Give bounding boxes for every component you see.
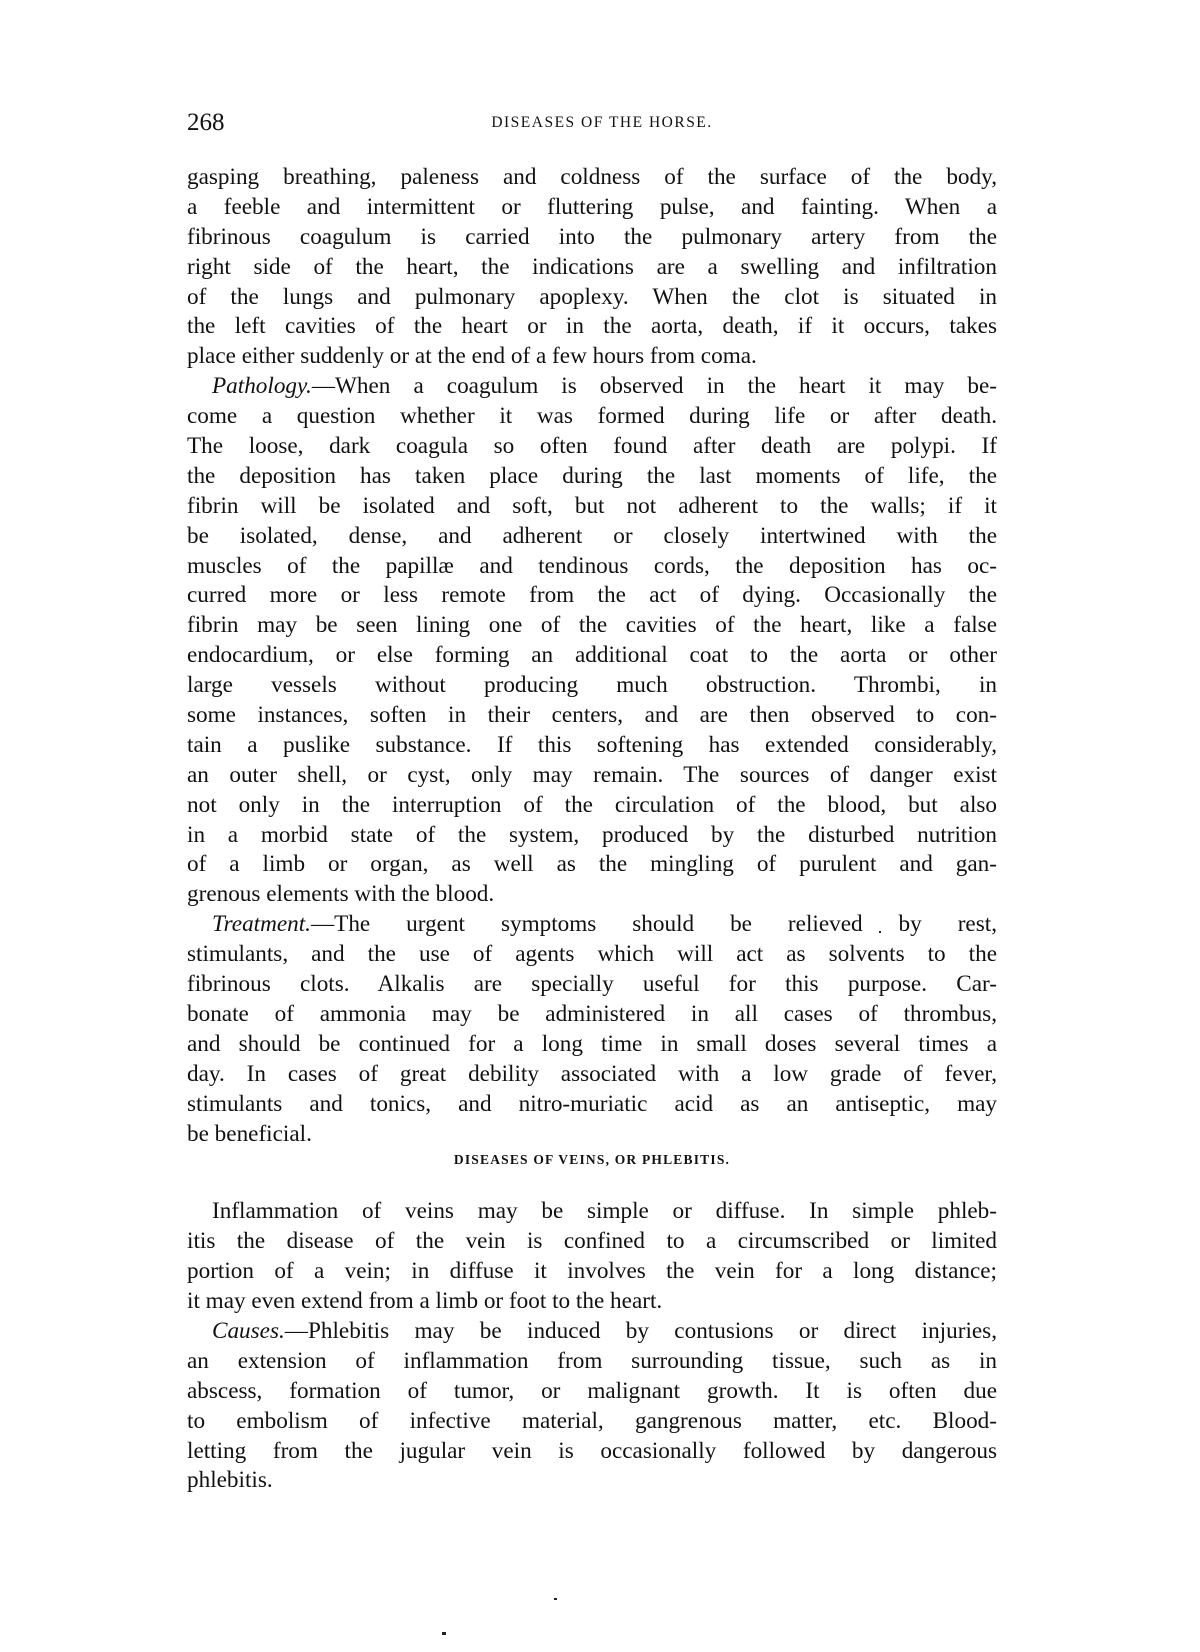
text-line: itis the disease of the vein is confined… <box>187 1227 997 1257</box>
text-line: the left cavities of the heart or in the… <box>187 312 997 342</box>
text-line: abscess, formation of tumor, or malignan… <box>187 1377 997 1407</box>
paragraph-treatment: Treatment.—The urgent symptoms should be… <box>187 910 997 1149</box>
text-line: tain a puslike substance. If this soften… <box>187 731 997 761</box>
text-line: letting from the jugular vein is occasio… <box>187 1437 997 1467</box>
run-in-heading-causes: Causes. <box>212 1318 285 1344</box>
text-line: endocardium, or else forming an addition… <box>187 641 997 671</box>
text-line: the deposition has taken place during th… <box>187 462 997 492</box>
text-line: Causes.—Phlebitis may be induced by cont… <box>187 1317 997 1347</box>
text-line: an extension of inflammation from surrou… <box>187 1347 997 1377</box>
text-line: of a limb or organ, as well as the mingl… <box>187 850 997 880</box>
text-line: not only in the interruption of the circ… <box>187 791 997 821</box>
text-line: fibrinous clots. Alkalis are specially u… <box>187 970 997 1000</box>
text-line: curred more or less remote from the act … <box>187 581 997 611</box>
text-line: grenous elements with the blood. <box>187 880 997 910</box>
paragraph-causes: Causes.—Phlebitis may be induced by cont… <box>187 1317 997 1496</box>
text-line: portion of a vein; in diffuse it involve… <box>187 1257 997 1287</box>
scan-speck <box>879 931 881 933</box>
scan-speck <box>442 1632 446 1635</box>
text-line: be isolated, dense, and adherent or clos… <box>187 522 997 552</box>
text-line: The loose, dark coagula so often found a… <box>187 432 997 462</box>
text-line: stimulants, and the use of agents which … <box>187 940 997 970</box>
text-line: place either suddenly or at the end of a… <box>187 342 997 372</box>
text-line: of the lungs and pulmonary apoplexy. Whe… <box>187 283 997 313</box>
text-fragment: —The urgent symptoms should be relieved … <box>311 911 997 937</box>
text-line: Pathology.—When a coagulum is observed i… <box>187 372 997 402</box>
run-in-heading-treatment: Treatment. <box>212 911 311 937</box>
paragraph-phlebitis-intro: Inflammation of veins may be simple or d… <box>187 1197 997 1317</box>
text-line: be beneficial. <box>187 1120 997 1150</box>
paragraph-symptoms-continued: gasping breathing, paleness and coldness… <box>187 163 997 372</box>
text-line: day. In cases of great debility associat… <box>187 1060 997 1090</box>
text-fragment: —Phlebitis may be induced by contusions … <box>285 1318 997 1344</box>
text-line: muscles of the papillæ and tendinous cor… <box>187 552 997 582</box>
text-line: fibrinous coagulum is carried into the p… <box>187 223 997 253</box>
scan-speck <box>554 1598 557 1600</box>
run-in-heading-pathology: Pathology. <box>212 373 312 399</box>
text-line: fibrin will be isolated and soft, but no… <box>187 492 997 522</box>
text-line: it may even extend from a limb or foot t… <box>187 1287 997 1317</box>
running-title: DISEASES OF THE HORSE. <box>187 111 997 135</box>
text-fragment: —When a coagulum is observed in the hear… <box>312 373 997 399</box>
text-line: to embolism of infective material, gangr… <box>187 1407 997 1437</box>
text-line: come a question whether it was formed du… <box>187 402 997 432</box>
book-page: 268 DISEASES OF THE HORSE. gasping breat… <box>0 0 1200 1652</box>
text-line: gasping breathing, paleness and coldness… <box>187 163 997 193</box>
text-line: and should be continued for a long time … <box>187 1030 997 1060</box>
text-line: Treatment.—The urgent symptoms should be… <box>187 910 997 940</box>
text-line: phlebitis. <box>187 1466 997 1496</box>
text-line: fibrin may be seen lining one of the cav… <box>187 611 997 641</box>
text-line: right side of the heart, the indications… <box>187 253 997 283</box>
running-head: 268 DISEASES OF THE HORSE. <box>187 108 997 138</box>
body-text: gasping breathing, paleness and coldness… <box>187 163 997 1496</box>
paragraph-pathology: Pathology.—When a coagulum is observed i… <box>187 372 997 910</box>
text-line: a feeble and intermittent or fluttering … <box>187 193 997 223</box>
text-line: an outer shell, or cyst, only may remain… <box>187 761 997 791</box>
text-line: stimulants and tonics, and nitro-muriati… <box>187 1090 997 1120</box>
section-heading-phlebitis: DISEASES OF VEINS, OR PHLEBITIS. <box>187 1149 997 1179</box>
text-line: Inflammation of veins may be simple or d… <box>187 1197 997 1227</box>
text-line: some instances, soften in their centers,… <box>187 701 997 731</box>
text-line: bonate of ammonia may be administered in… <box>187 1000 997 1030</box>
text-line: large vessels without producing much obs… <box>187 671 997 701</box>
text-line: in a morbid state of the system, produce… <box>187 821 997 851</box>
